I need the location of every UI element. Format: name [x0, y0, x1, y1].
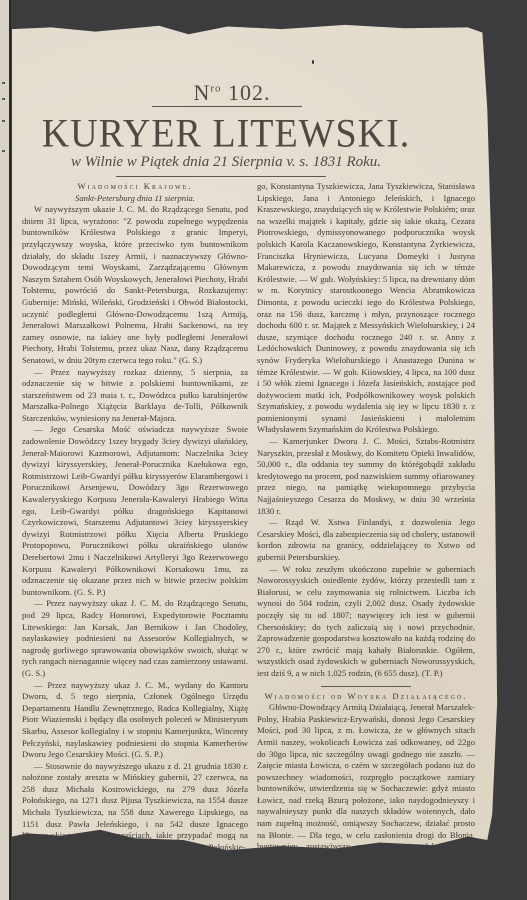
article-paragraph: — W roku zeszłym ukończono zupełnie w gu… [257, 564, 475, 680]
left-column: Wiadomości Krajowe. Sankt-Petersburg dni… [22, 181, 248, 853]
paper-blemish [489, 42, 494, 49]
dateline: w Wilnie w Piątek dnia 21 Sierpnia v. s.… [26, 154, 426, 171]
paper-blemish [44, 849, 47, 851]
section-divider [321, 686, 411, 687]
issue-prefix: N [193, 80, 210, 105]
issue-sup: ro [210, 83, 221, 95]
article-paragraph: go, Konstantyna Tyszkiewicza, Jana Tyszk… [257, 181, 475, 436]
newspaper-title: KURYER LITEWSKI. [26, 111, 426, 157]
issue-value: 102. [228, 80, 271, 105]
article-paragraph: — Jego Cesarska Mość oświadcza naywyższe… [22, 424, 248, 598]
article-paragraph: — Przez naywyższy rozkaz dzienny, 5 sier… [22, 367, 248, 425]
section-subheading: Sankt-Petersburg dnia 11 sierpnia. [22, 193, 248, 205]
edge-mark [2, 98, 5, 100]
adjacent-page-edge [0, 0, 11, 900]
section-heading: Wiadomości Krajowe. [22, 181, 248, 193]
article-paragraph: Główno-Dowodzący Armiią Działaiącą, Jene… [257, 702, 475, 888]
masthead-rule-top [152, 106, 302, 107]
article-paragraph: — Rząd W. Xstwa Finlandyi, z dozwolenia … [257, 517, 475, 563]
article-paragraph: — Kamerjunker Dworu J. C. Mości, Sztabs-… [257, 436, 475, 517]
masthead-rule-bottom [116, 176, 326, 177]
article-paragraph: — Przez naywyższy ukaz J. C. M. do Rządz… [22, 598, 248, 679]
article-paragraph: W naywyższym ukazie J. C. M. do Rządzące… [22, 204, 248, 366]
right-column: go, Konstantyna Tyszkiewicza, Jana Tyszk… [257, 181, 475, 888]
section-heading: Wiadomości od Woyska Działaiącego. [257, 691, 475, 703]
issue-number: Nro 102. [12, 80, 452, 106]
newspaper-page: Nro 102. KURYER LITEWSKI. w Wilnie w Pią… [12, 24, 502, 874]
edge-mark [2, 120, 5, 122]
edge-mark [2, 150, 5, 152]
article-paragraph: — Stosownie do naywyższego ukazu z d. 21… [22, 761, 248, 854]
paper-blemish [312, 60, 314, 64]
article-paragraph: — Przez naywyższy ukaz J. C. M., wydany … [22, 680, 248, 761]
edge-mark [2, 82, 5, 84]
